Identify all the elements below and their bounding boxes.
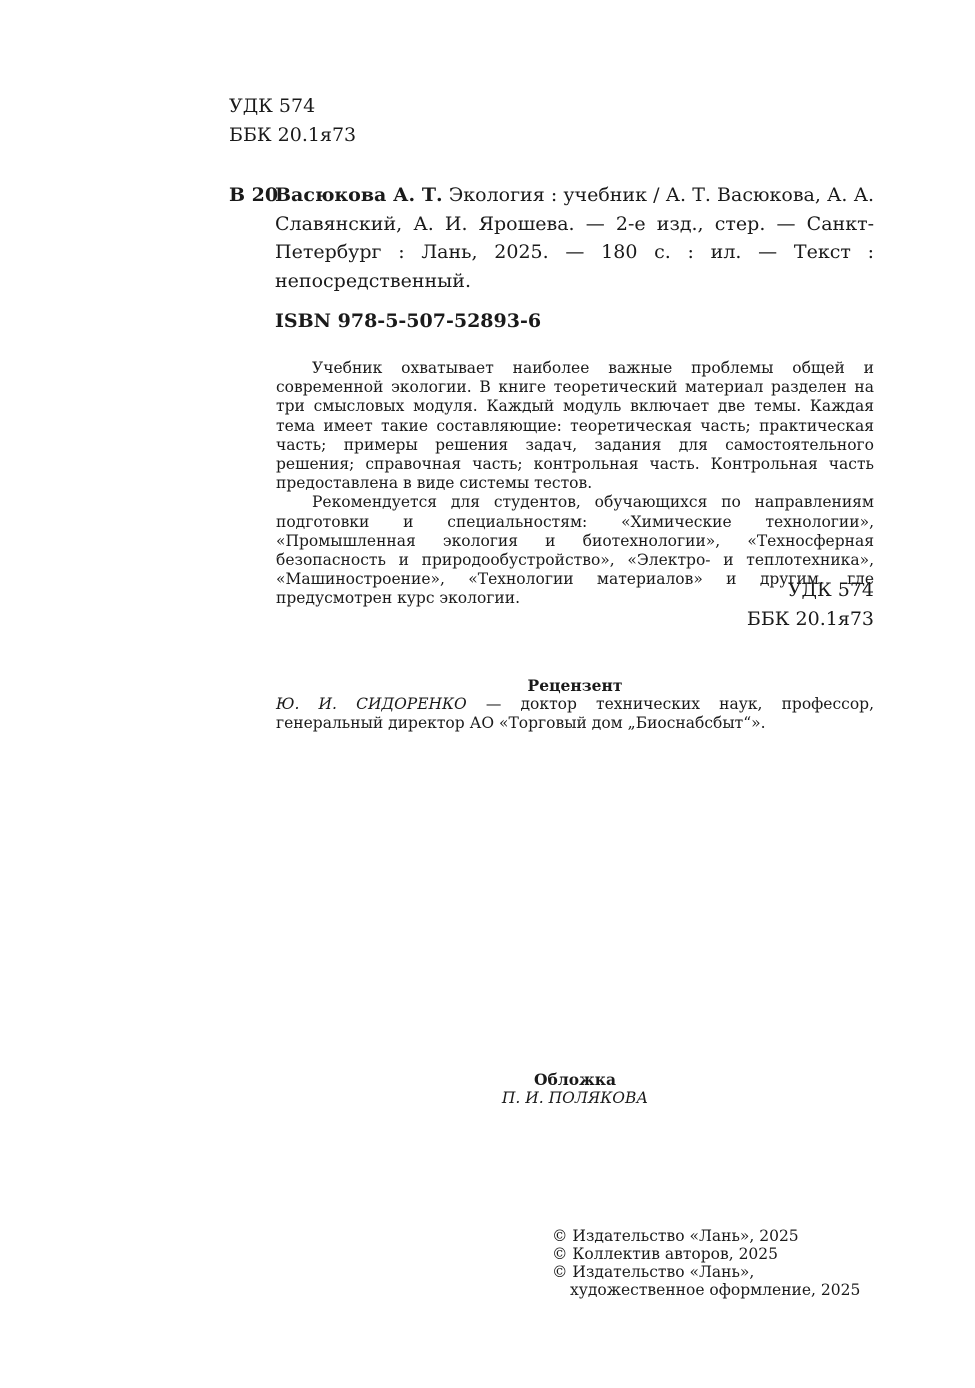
- copyright-line: © Издательство «Лань», 2025: [552, 1227, 860, 1245]
- udk-code: УДК 574: [229, 92, 356, 121]
- cover-credit: Обложка П. И. ПОЛЯКОВА: [440, 1071, 710, 1107]
- cover-designer-name: П. И. ПОЛЯКОВА: [440, 1089, 710, 1107]
- classification-top: УДК 574 ББК 20.1я73: [229, 92, 356, 150]
- udk-code: УДК 574: [600, 576, 874, 605]
- reviewer-heading: Рецензент: [276, 676, 874, 695]
- copyright-block: © Издательство «Лань», 2025 © Коллектив …: [552, 1227, 860, 1299]
- bbk-code: ББК 20.1я73: [600, 605, 874, 634]
- annotation-paragraph: Учебник охватывает наиболее важные пробл…: [276, 359, 874, 493]
- reviewer-block: Рецензент Ю. И. СИДОРЕНКО — доктор техни…: [276, 676, 874, 734]
- reviewer-text: Ю. И. СИДОРЕНКО — доктор технических нау…: [276, 695, 874, 733]
- copyright-line: © Издательство «Лань»,: [552, 1263, 860, 1281]
- cover-heading: Обложка: [440, 1071, 710, 1089]
- bibliographic-description: Васюкова А. Т. Экология : учебник / А. Т…: [275, 181, 874, 295]
- classification-bottom: УДК 574 ББК 20.1я73: [600, 576, 874, 634]
- reviewer-name: Ю. И. СИДОРЕНКО: [276, 695, 467, 713]
- bibliographic-entry: В 20 Васюкова А. Т. Экология : учебник /…: [229, 181, 874, 295]
- annotation: Учебник охватывает наиболее важные пробл…: [276, 359, 874, 609]
- isbn: ISBN 978-5-507-52893-6: [275, 310, 541, 332]
- author-name: Васюкова А. Т.: [275, 184, 443, 206]
- author-sign: В 20: [229, 181, 278, 210]
- copyright-continuation: художественное оформление, 2025: [552, 1281, 860, 1299]
- bbk-code: ББК 20.1я73: [229, 121, 356, 150]
- copyright-line: © Коллектив авторов, 2025: [552, 1245, 860, 1263]
